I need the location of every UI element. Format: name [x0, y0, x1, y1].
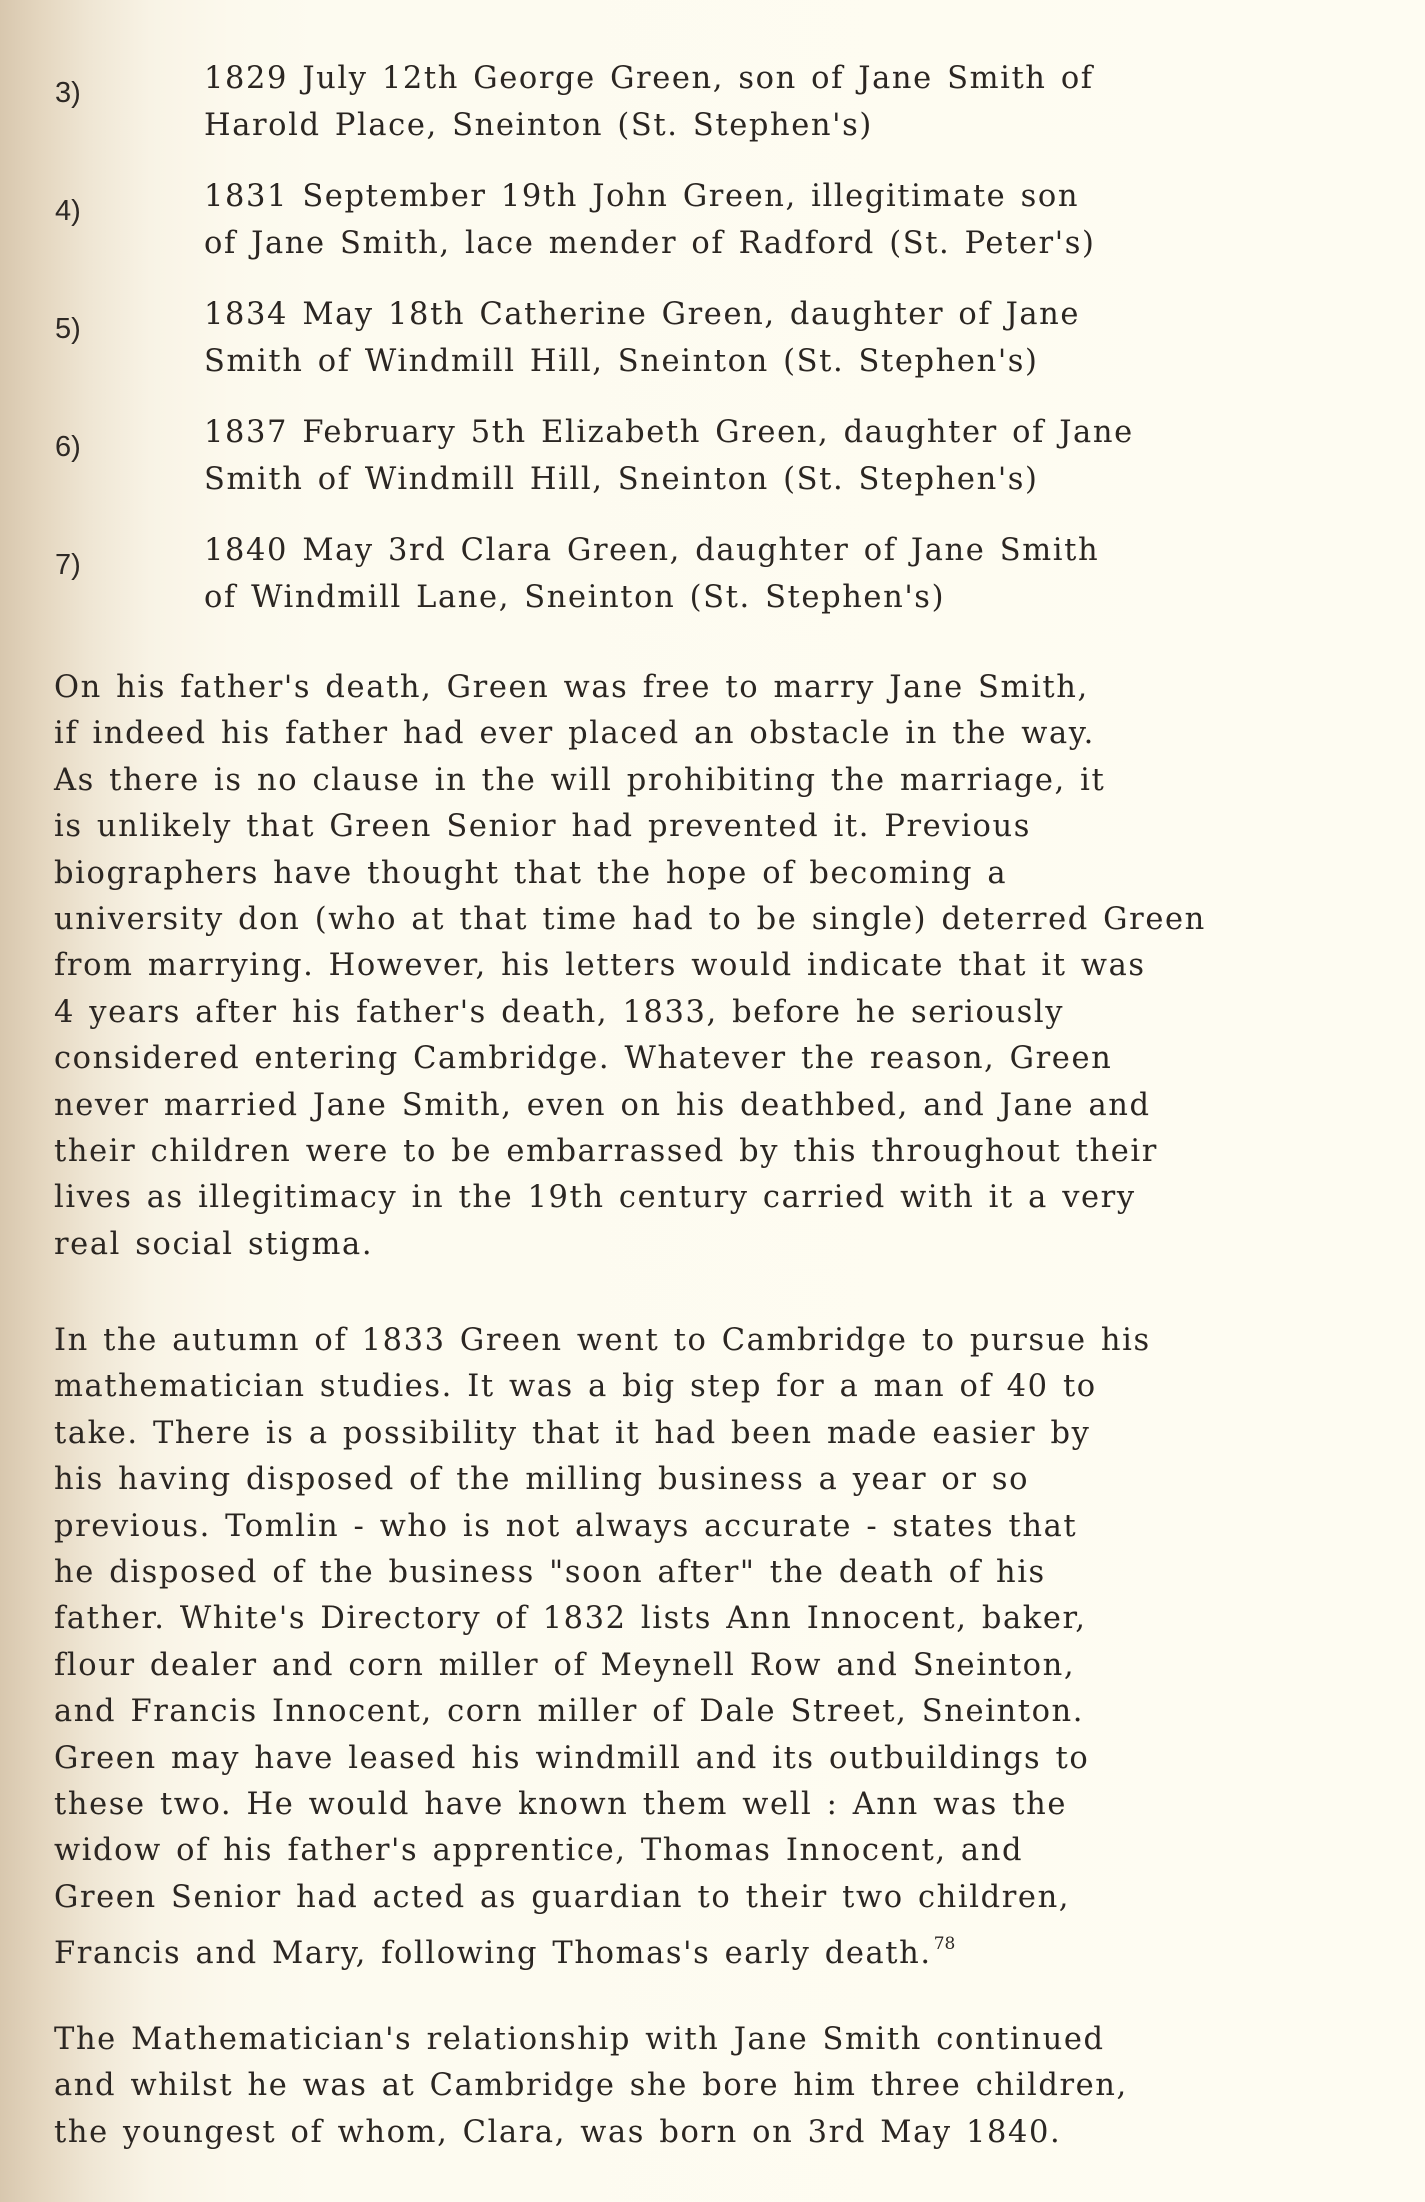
paragraph-line: On his father's death, Green was free to…: [54, 665, 1394, 711]
entry-line: 1834 May 18th Catherine Green, daughter …: [204, 291, 1354, 338]
paragraph-line: considered entering Cambridge. Whatever …: [54, 1036, 1394, 1082]
paragraph-line: real social stigma.: [54, 1222, 1394, 1268]
entry-text: 1840 May 3rd Clara Green, daughter of Ja…: [204, 527, 1354, 621]
register-entry: 5) 1834 May 18th Catherine Green, daught…: [0, 291, 1425, 409]
entry-number: 7): [55, 549, 81, 582]
paragraph-line: and Francis Innocent, corn miller of Dal…: [54, 1689, 1394, 1735]
paragraph-line: As there is no clause in the will prohib…: [54, 758, 1394, 804]
paragraph-line: 4 years after his father's death, 1833, …: [54, 990, 1394, 1036]
paragraph-line: take. There is a possibility that it had…: [54, 1411, 1394, 1457]
paragraph-line: widow of his father's apprentice, Thomas…: [54, 1828, 1394, 1874]
entry-line: Smith of Windmill Hill, Sneinton (St. St…: [204, 338, 1354, 385]
paragraph-line: father. White's Directory of 1832 lists …: [54, 1596, 1394, 1642]
register-entry: 7) 1840 May 3rd Clara Green, daughter of…: [0, 527, 1425, 645]
paragraph-cambridge: In the autumn of 1833 Green went to Camb…: [54, 1318, 1394, 1978]
paragraph-line: flour dealer and corn miller of Meynell …: [54, 1643, 1394, 1689]
entry-number: 4): [55, 195, 81, 228]
entry-line: 1829 July 12th George Green, son of Jane…: [204, 55, 1354, 102]
paragraph-line: and whilst he was at Cambridge she bore …: [54, 2063, 1394, 2109]
footnote-marker: 78: [934, 1934, 956, 1954]
baptism-register-list: 3) 1829 July 12th George Green, son of J…: [0, 55, 1425, 645]
paragraph-relationship: The Mathematician's relationship with Ja…: [54, 2017, 1394, 2156]
entry-line: Smith of Windmill Hill, Sneinton (St. St…: [204, 456, 1354, 503]
entry-line: Harold Place, Sneinton (St. Stephen's): [204, 102, 1354, 149]
scanned-book-page: 3) 1829 July 12th George Green, son of J…: [0, 0, 1425, 2202]
paragraph-line: their children were to be embarrassed by…: [54, 1129, 1394, 1175]
entry-text: 1837 February 5th Elizabeth Green, daugh…: [204, 409, 1354, 503]
paragraph-line-with-footnote: Francis and Mary, following Thomas's ear…: [54, 1921, 1394, 1977]
paragraph-line-text: Francis and Mary, following Thomas's ear…: [54, 1936, 932, 1971]
entry-number: 5): [55, 313, 81, 346]
paragraph-line: The Mathematician's relationship with Ja…: [54, 2017, 1394, 2063]
register-entry: 4) 1831 September 19th John Green, illeg…: [0, 173, 1425, 291]
paragraph-line: is unlikely that Green Senior had preven…: [54, 804, 1394, 850]
paragraph-line: the youngest of whom, Clara, was born on…: [54, 2110, 1394, 2156]
entry-line: 1837 February 5th Elizabeth Green, daugh…: [204, 409, 1354, 456]
paragraph-line: lives as illegitimacy in the 19th centur…: [54, 1175, 1394, 1221]
entry-line: 1840 May 3rd Clara Green, daughter of Ja…: [204, 527, 1354, 574]
paragraph-line: previous. Tomlin - who is not always acc…: [54, 1504, 1394, 1550]
paragraph-line: mathematician studies. It was a big step…: [54, 1364, 1394, 1410]
entry-line: 1831 September 19th John Green, illegiti…: [204, 173, 1354, 220]
entry-text: 1834 May 18th Catherine Green, daughter …: [204, 291, 1354, 385]
paragraph-line: Green Senior had acted as guardian to th…: [54, 1875, 1394, 1921]
paragraph-line: In the autumn of 1833 Green went to Camb…: [54, 1318, 1394, 1364]
entry-line: of Jane Smith, lace mender of Radford (S…: [204, 220, 1354, 267]
paragraph-line: if indeed his father had ever placed an …: [54, 711, 1394, 757]
paragraph-line: never married Jane Smith, even on his de…: [54, 1083, 1394, 1129]
paragraph-line: his having disposed of the milling busin…: [54, 1457, 1394, 1503]
entry-number: 3): [55, 77, 81, 110]
entry-line: of Windmill Lane, Sneinton (St. Stephen'…: [204, 574, 1354, 621]
paragraph-fathers-death: On his father's death, Green was free to…: [54, 665, 1394, 1268]
entry-number: 6): [55, 431, 81, 464]
register-entry: 3) 1829 July 12th George Green, son of J…: [0, 55, 1425, 173]
entry-text: 1831 September 19th John Green, illegiti…: [204, 173, 1354, 267]
paragraph-line: from marrying. However, his letters woul…: [54, 943, 1394, 989]
paragraph-line: Green may have leased his windmill and i…: [54, 1736, 1394, 1782]
paragraph-line: biographers have thought that the hope o…: [54, 851, 1394, 897]
entry-text: 1829 July 12th George Green, son of Jane…: [204, 55, 1354, 149]
paragraph-line: these two. He would have known them well…: [54, 1782, 1394, 1828]
paragraph-line: he disposed of the business "soon after"…: [54, 1550, 1394, 1596]
register-entry: 6) 1837 February 5th Elizabeth Green, da…: [0, 409, 1425, 527]
paragraph-line: university don (who at that time had to …: [54, 897, 1394, 943]
